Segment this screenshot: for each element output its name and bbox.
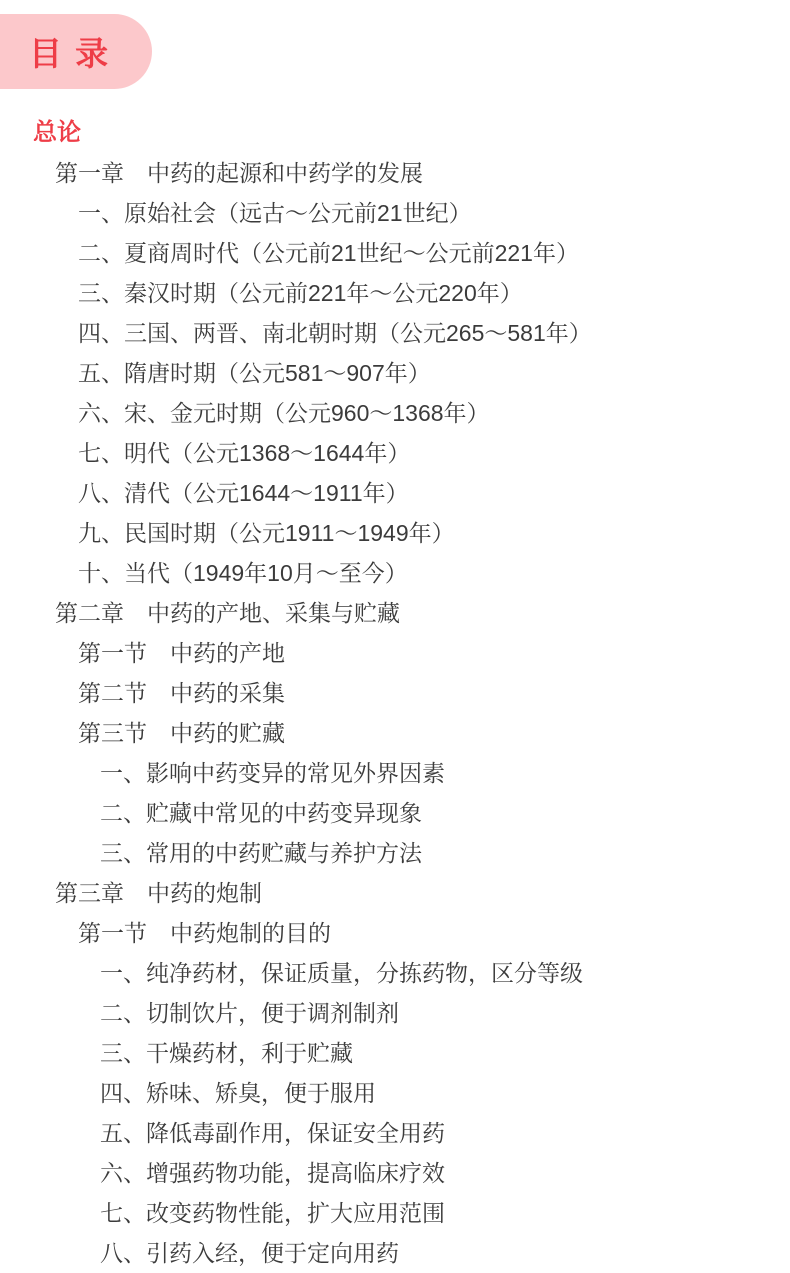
toc-entry[interactable]: 二、贮藏中常见的中药变异现象 — [100, 793, 790, 833]
toc-entry[interactable]: 六、宋、金元时期（公元960～1368年） — [78, 393, 790, 433]
toc-list: 第一章 中药的起源和中药学的发展一、原始社会（远古～公元前21世纪）二、夏商周时… — [0, 153, 790, 1273]
toc-entry[interactable]: 八、引药入经，便于定向用药 — [100, 1233, 790, 1273]
toc-entry[interactable]: 第二节 中药的采集 — [78, 673, 790, 713]
toc-entry[interactable]: 二、夏商周时代（公元前21世纪～公元前221年） — [78, 233, 790, 273]
toc-content: 总论 第一章 中药的起源和中药学的发展一、原始社会（远古～公元前21世纪）二、夏… — [0, 113, 790, 1273]
toc-badge: 目 录 — [0, 14, 152, 89]
toc-entry[interactable]: 一、纯净药材，保证质量，分拣药物，区分等级 — [100, 953, 790, 993]
toc-entry[interactable]: 四、矫味、矫臭，便于服用 — [100, 1073, 790, 1113]
toc-entry[interactable]: 八、清代（公元1644～1911年） — [78, 473, 790, 513]
toc-part-heading[interactable]: 总论 — [33, 113, 790, 153]
toc-entry[interactable]: 一、原始社会（远古～公元前21世纪） — [78, 193, 790, 233]
toc-entry[interactable]: 一、影响中药变异的常见外界因素 — [100, 753, 790, 793]
toc-entry[interactable]: 第三节 中药的贮藏 — [78, 713, 790, 753]
toc-entry[interactable]: 十、当代（1949年10月～至今） — [78, 553, 790, 593]
toc-entry[interactable]: 第一章 中药的起源和中药学的发展 — [55, 153, 790, 193]
toc-entry[interactable]: 三、干燥药材，利于贮藏 — [100, 1033, 790, 1073]
toc-badge-label: 目 录 — [0, 28, 110, 75]
toc-entry[interactable]: 九、民国时期（公元1911～1949年） — [78, 513, 790, 553]
toc-entry[interactable]: 第一节 中药的产地 — [78, 633, 790, 673]
toc-entry[interactable]: 三、常用的中药贮藏与养护方法 — [100, 833, 790, 873]
toc-entry[interactable]: 五、隋唐时期（公元581～907年） — [78, 353, 790, 393]
toc-page: 目 录 总论 第一章 中药的起源和中药学的发展一、原始社会（远古～公元前21世纪… — [0, 0, 790, 1273]
toc-entry[interactable]: 六、增强药物功能，提高临床疗效 — [100, 1153, 790, 1193]
toc-entry[interactable]: 二、切制饮片，便于调剂制剂 — [100, 993, 790, 1033]
toc-entry[interactable]: 七、改变药物性能，扩大应用范围 — [100, 1193, 790, 1233]
toc-entry[interactable]: 四、三国、两晋、南北朝时期（公元265～581年） — [78, 313, 790, 353]
toc-entry[interactable]: 五、降低毒副作用，保证安全用药 — [100, 1113, 790, 1153]
toc-entry[interactable]: 第三章 中药的炮制 — [55, 873, 790, 913]
toc-entry[interactable]: 第一节 中药炮制的目的 — [78, 913, 790, 953]
toc-entry[interactable]: 第二章 中药的产地、采集与贮藏 — [55, 593, 790, 633]
toc-entry[interactable]: 七、明代（公元1368～1644年） — [78, 433, 790, 473]
toc-entry[interactable]: 三、秦汉时期（公元前221年～公元220年） — [78, 273, 790, 313]
